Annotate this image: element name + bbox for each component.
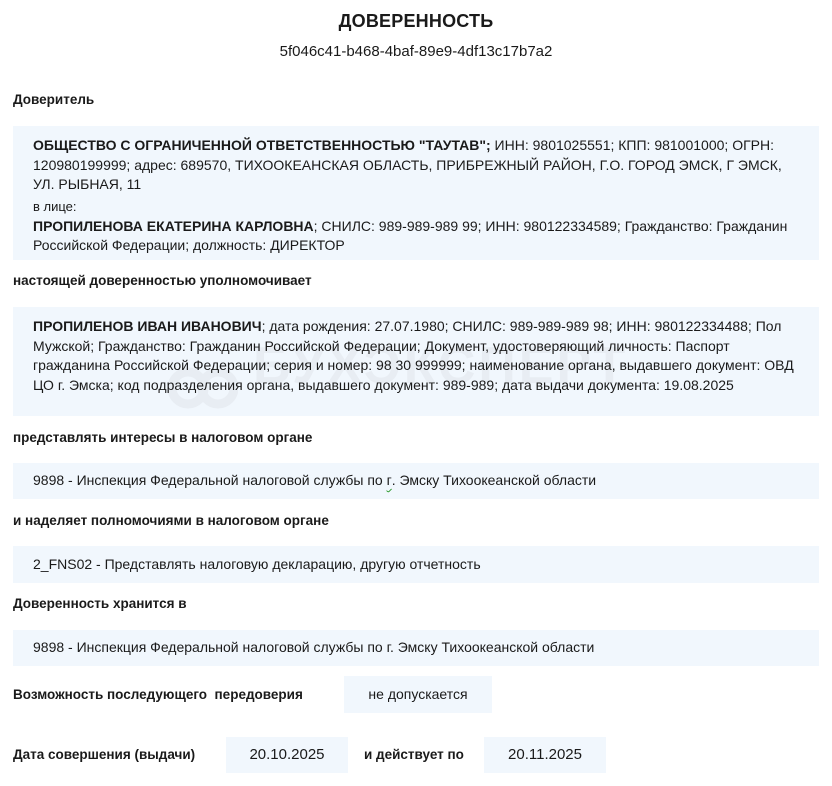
- principal-box: ОБЩЕСТВО С ОГРАНИЧЕННОЙ ОТВЕТСТВЕННОСТЬЮ…: [13, 126, 819, 260]
- principal-label: Доверитель: [13, 92, 94, 107]
- document-id: 5f046c41-b468-4baf-89e9-4df13c17b7a2: [0, 43, 832, 60]
- powers-field: 2_FNS02 - Представлять налоговую деклара…: [13, 546, 819, 583]
- issue-date-label: Дата совершения (выдачи): [13, 747, 195, 762]
- valid-until-label: и действует по: [364, 747, 464, 762]
- stored-in-field: 9898 - Инспекция Федеральной налоговой с…: [13, 630, 819, 666]
- principal-representative: ПРОПИЛЕНОВА ЕКАТЕРИНА КАРЛОВНА; СНИЛС: 9…: [33, 217, 799, 256]
- represent-in-value-start: 9898 - Инспекция Федеральной налоговой с…: [33, 471, 387, 491]
- stored-in-label: Доверенность хранится в: [13, 596, 187, 611]
- represented-by-label: в лице:: [33, 197, 799, 216]
- valid-until-value: 20.11.2025: [484, 737, 606, 773]
- represent-in-value-end: . Эмску Тихоокеанской области: [392, 471, 596, 491]
- principal-org: ОБЩЕСТВО С ОГРАНИЧЕННОЙ ОТВЕТСТВЕННОСТЬЮ…: [33, 136, 799, 195]
- represent-in-label: представлять интересы в налоговом органе: [13, 430, 312, 445]
- represent-in-field: 9898 - Инспекция Федеральной налоговой с…: [13, 463, 819, 499]
- agent-box: БУХЭКСПЕРТ ПРОПИЛЕНОВ ИВАН ИВАНОВИЧ; дат…: [13, 307, 819, 416]
- document-title: ДОВЕРЕННОСТЬ: [0, 11, 832, 32]
- powers-label: и наделяет полномочиями в налоговом орга…: [13, 513, 329, 528]
- representative-name: ПРОПИЛЕНОВА ЕКАТЕРИНА КАРЛОВНА: [33, 218, 314, 234]
- redelegation-label: Возможность последующего передоверия: [13, 687, 303, 702]
- principal-org-details: ИНН: 9801025551; КПП: 981001000;: [491, 137, 729, 153]
- issue-date-value: 20.10.2025: [226, 737, 348, 773]
- redelegation-value: не допускается: [344, 676, 492, 713]
- agent-name: ПРОПИЛЕНОВ ИВАН ИВАНОВИЧ: [33, 318, 262, 334]
- principal-org-name: ОБЩЕСТВО С ОГРАНИЧЕННОЙ ОТВЕТСТВЕННОСТЬЮ…: [33, 137, 491, 153]
- authorizes-label: настоящей доверенностью уполномочивает: [13, 273, 312, 288]
